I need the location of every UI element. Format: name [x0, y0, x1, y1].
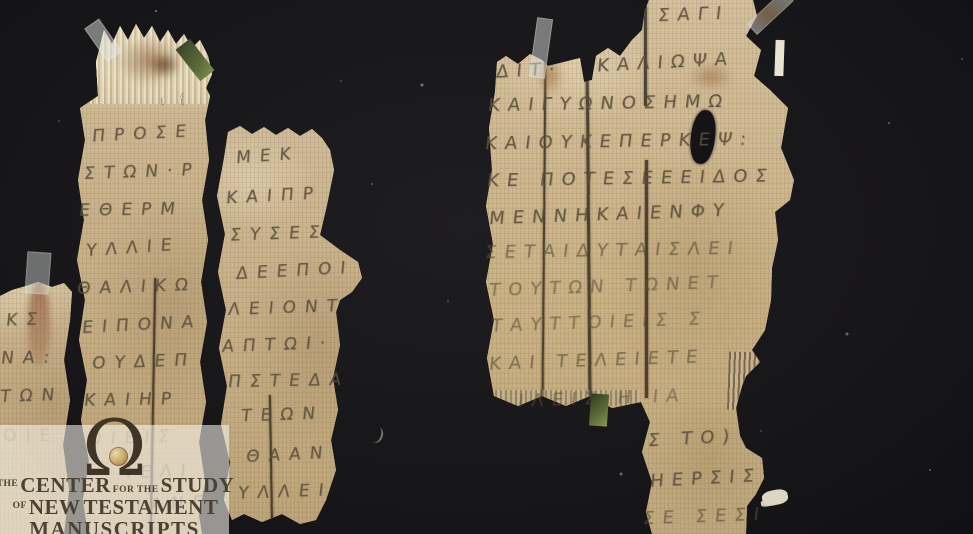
greek-text-line: ΚΣ — [5, 309, 47, 330]
greek-text-line: ΣΕΤΑΙΔΥΤΑΙΣΛΕΙ — [484, 238, 742, 264]
green-tape — [589, 393, 609, 426]
white-fiber — [761, 488, 789, 507]
watermark-text: THECENTERFOR THESTUDY OFNEWTESTAMENT MAN… — [0, 477, 229, 534]
greek-text-line: ΛΕΙΟΝΤ — [227, 296, 347, 320]
greek-text-line: ΣΕ ΣΕΣΙ — [642, 504, 768, 529]
watermark-center: CENTER — [20, 477, 111, 494]
greek-text-line: ΟΥΔΕΠ — [91, 350, 197, 374]
watermark-line-3: MANUSCRIPTS — [0, 521, 229, 534]
greek-text-line: ΚΑΙΓΥΩΝΟΣΗΜΩ — [487, 91, 732, 116]
greek-text-line: ΥΛΛΕΙ — [237, 480, 333, 503]
greek-text-line: ΤΕΩΝ — [240, 404, 325, 427]
white-thread — [366, 424, 386, 445]
greek-text-line: ΣΥΣΕΣ — [229, 222, 329, 246]
watermark-new: NEW — [29, 499, 81, 516]
papyrus-fragment-left-second — [214, 120, 364, 528]
watermark-manuscripts: MANUSCRIPTS — [29, 521, 200, 534]
csntm-watermark: Ω THECENTERFOR THESTUDY OFNEWTESTAMENT M… — [0, 425, 229, 534]
watermark-of: OF — [13, 498, 27, 515]
greek-text-line: ΠΣΤΕΔΑ — [227, 370, 351, 392]
greek-text-line: ΕΘΕΡΜ — [78, 199, 185, 221]
papyrus-photo: ι ΐ ΠΡΟΣΕ ΣΤΩΝ·Ρ ΕΘΕΡΜ ΥΛΛΙΕ ΘΑΛΙΚΩ ΕΙΠΟ… — [0, 0, 973, 534]
greek-text-line: ΣΑΓΙ — [657, 3, 730, 27]
clear-tape — [25, 251, 52, 295]
watermark-the: THE — [0, 476, 18, 493]
torn-fiber-edge — [727, 351, 761, 410]
dark-stain — [148, 52, 180, 78]
greek-text-line: ΣΤΩΝ·Ρ — [83, 160, 202, 184]
watermark-study: STUDY — [161, 477, 235, 494]
white-paper-sliver — [774, 40, 784, 76]
dust-speckles — [0, 0, 2, 2]
greek-text-line: ΘΑΛΙΚΩ — [76, 275, 198, 299]
greek-text-line: ι ΐ — [160, 94, 190, 108]
globe-icon — [109, 447, 128, 466]
greek-text-line: ΑΠΤΩΙ· — [221, 333, 335, 357]
greek-text-line: ΝΑ: — [0, 347, 59, 368]
watermark-testament: TESTAMENT — [84, 499, 219, 516]
greek-text-line: ΤΩΝ — [0, 385, 64, 407]
